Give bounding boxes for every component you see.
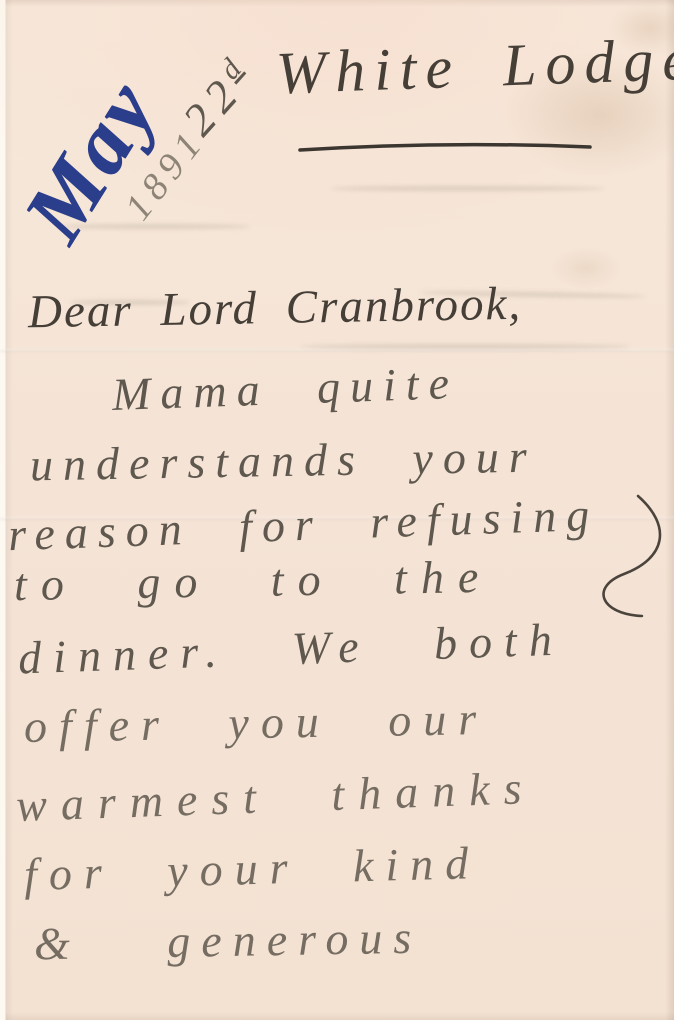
letterhead-address: White Lodge xyxy=(275,25,674,109)
pen-flourish-stroke xyxy=(580,492,674,632)
ink-showthrough-mark xyxy=(300,344,630,349)
handwriting-line: Mama quite xyxy=(111,356,460,421)
letter-page: May 22d 1891 White Lodge Dear Lord Cranb… xyxy=(0,0,674,1020)
handwriting-line: to go to the xyxy=(14,550,493,611)
handwriting-line: for your kind xyxy=(23,836,480,901)
paper-crease xyxy=(0,349,674,352)
handwriting-line: understands your xyxy=(30,430,538,492)
handwriting-line: warmest thanks xyxy=(15,761,536,832)
handwriting-line: & generous xyxy=(34,911,423,971)
ink-showthrough-mark xyxy=(330,186,605,191)
handwriting-line: reason for refusing xyxy=(7,488,600,562)
handwriting-line: offer you our xyxy=(24,692,489,753)
heading-underline-stroke xyxy=(296,138,596,156)
handwriting-line: dinner. We both xyxy=(17,612,564,684)
salutation: Dear Lord Cranbrook, xyxy=(28,277,523,340)
